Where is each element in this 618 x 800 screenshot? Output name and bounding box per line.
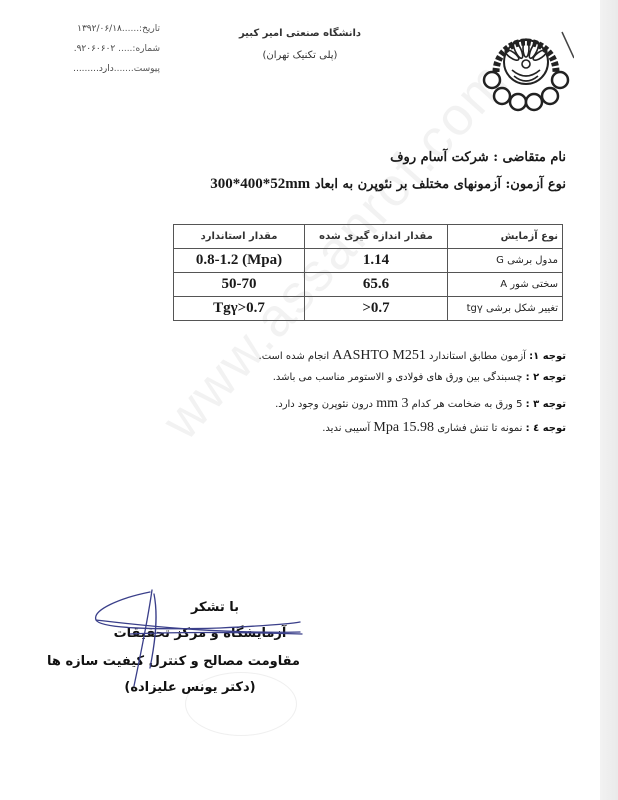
table-row: تغییر شکل برشی tgγ >0.7 Tgγ>0.7 [174,297,563,321]
test-dimensions: 300*400*52mm [210,176,310,192]
number-label: شماره:..... [118,44,160,54]
note-label: توجه ۱: [529,351,566,362]
number-field: شماره:..... ۹۲۰۶۰۶۰۲. [40,44,160,54]
header-test-type: نوع آزمایش [448,225,563,249]
note-text-latin: 3 mm [376,396,408,411]
results-table: نوع آزمایش مقدار اندازه گیری شده مقدار ا… [173,224,563,321]
header-measured: مقدار اندازه گیری شده [305,225,448,249]
note-text-pre: چسبندگی بین ورق های فولادی و الاستومر من… [273,372,523,383]
note-label: توجه ٤ : [526,423,566,434]
note-text-post: انجام شده است. [259,351,330,362]
table-header-row: نوع آزمایش مقدار اندازه گیری شده مقدار ا… [174,225,563,249]
note-text-pre: آزمون مطابق استاندارد [429,351,526,362]
note-label: توجه ۳ : [526,399,566,410]
date-field: تاریخ:......۱۳۹۲/۰۶/۱۸ [40,24,160,34]
number-value: ۹۲۰۶۰۶۰۲. [74,44,116,54]
cell-measured: >0.7 [305,297,448,321]
cell-standard: 0.8-1.2 (Mpa) [174,249,305,273]
note-text-pre: 5 ورق به ضخامت هر کدام [412,399,523,410]
note-2: توجه ۲ : چسبندگی بین ورق های فولادی و ال… [273,372,566,383]
note-text-latin: 15.98 Mpa [373,420,434,435]
attachment-value: دارد......... [73,64,114,74]
university-subtitle: (پلی تکنیک تهران) [210,50,390,61]
cell-test: مدول برشی G [448,249,563,273]
test-type-value: آزمونهای مختلف بر نئوپرن به ابعاد [315,177,501,192]
note-1: توجه ۱: آزمون مطابق استاندارد AASHTO M25… [259,348,566,364]
note-text-pre: نمونه تا تنش فشاری [437,423,522,434]
note-label: توجه ۲ : [526,372,566,383]
cell-test: تغییر شکل برشی tgγ [448,297,563,321]
amirkabir-university-logo-icon [478,20,574,112]
table-row: مدول برشی G 1.14 0.8-1.2 (Mpa) [174,249,563,273]
cell-standard: 50-70 [174,273,305,297]
handwritten-signature-icon [90,588,320,698]
note-3: توجه ۳ : 5 ورق به ضخامت هر کدام 3 mm درو… [275,396,566,412]
attachment-field: پیوست.......دارد......... [40,64,160,74]
scan-edge-shade [600,0,618,800]
applicant-line: نام متقاضی : شرکت آسام روف [390,150,566,165]
cell-standard: Tgγ>0.7 [174,297,305,321]
applicant-value: شرکت آسام روف [390,150,489,165]
header-standard: مقدار استاندارد [174,225,305,249]
note-4: توجه ٤ : نمونه تا تنش فشاری 15.98 Mpa آس… [322,420,566,436]
test-type-label: نوع آزمون: [505,177,566,192]
date-label: تاریخ:...... [122,24,160,34]
attachment-label: پیوست....... [114,64,160,74]
university-name: دانشگاه صنعتی امیر کبیر [210,28,390,39]
date-value: ۱۳۹۲/۰۶/۱۸ [77,24,122,34]
applicant-label: نام متقاضی : [493,150,566,165]
test-type-line: نوع آزمون: آزمونهای مختلف بر نئوپرن به ا… [210,176,566,193]
note-text-latin: AASHTO M251 [332,348,425,363]
cell-measured: 65.6 [305,273,448,297]
table-row: سختی شور A 65.6 50-70 [174,273,563,297]
cell-measured: 1.14 [305,249,448,273]
note-text-post: درون نئوپرن وجود دارد. [275,399,373,410]
note-text-post: آسیبی ندید. [322,423,370,434]
cell-test: سختی شور A [448,273,563,297]
